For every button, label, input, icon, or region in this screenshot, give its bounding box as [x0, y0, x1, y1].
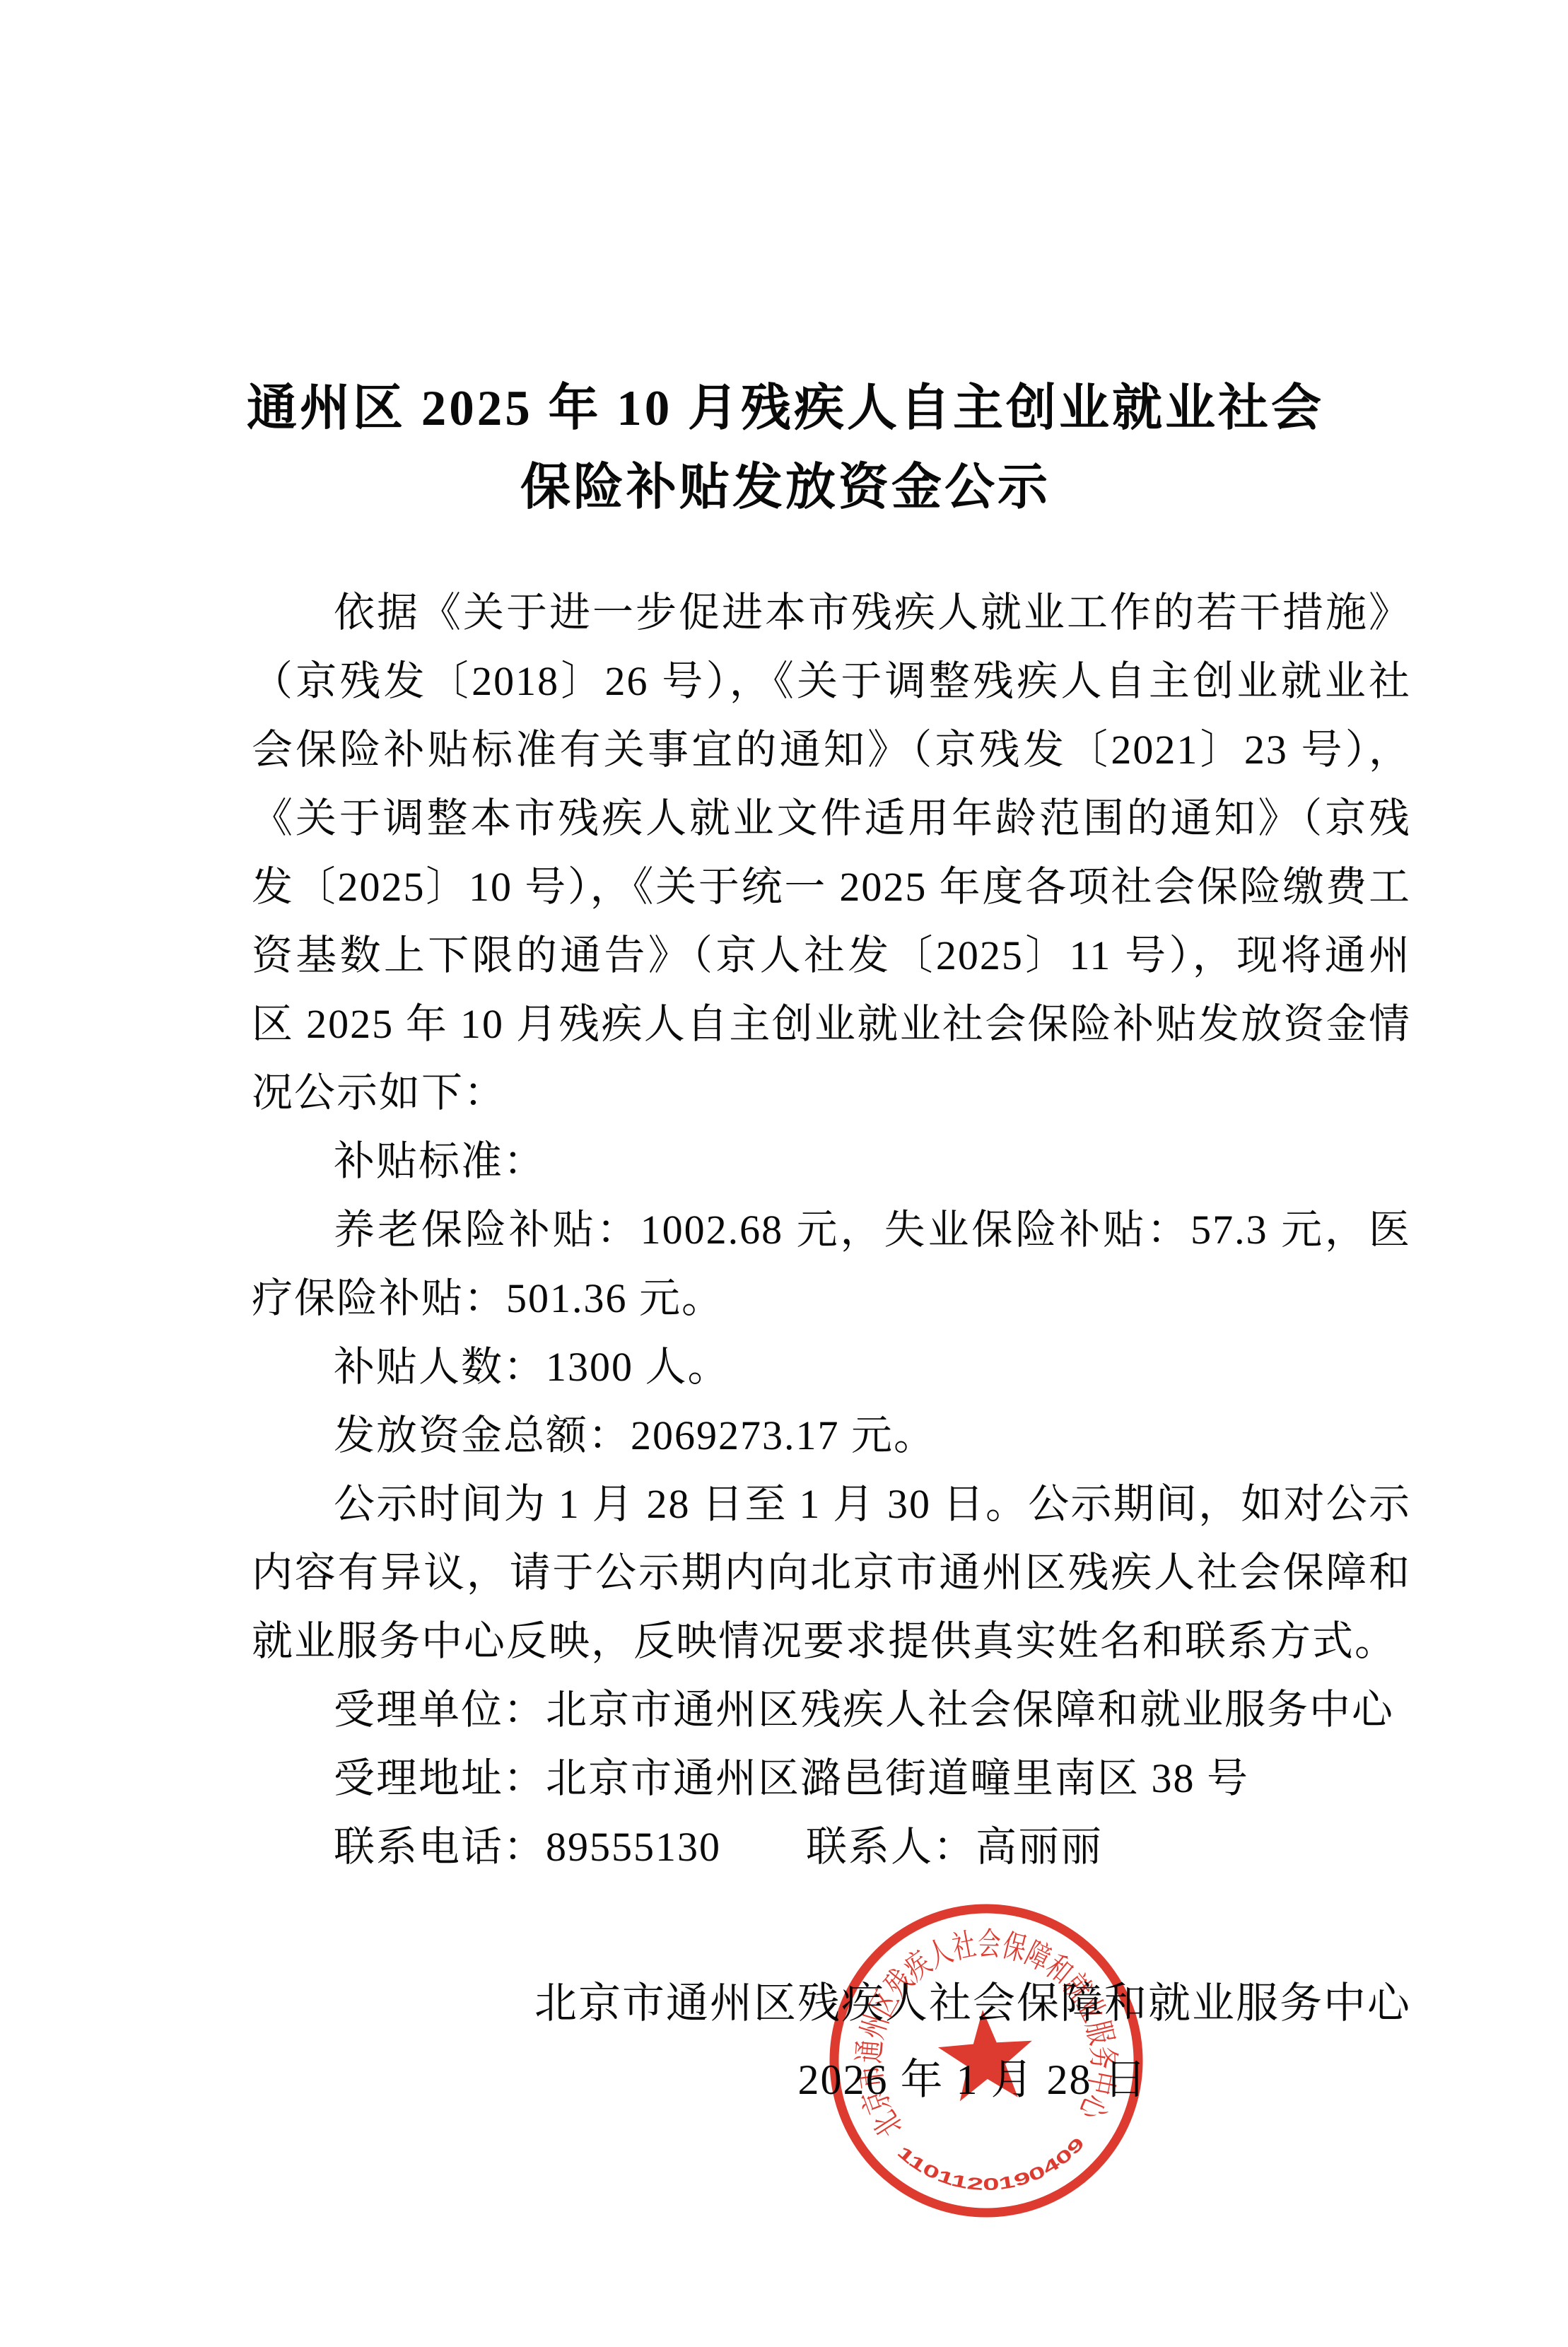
- paragraph-basis: 依据《关于进一步促进本市残疾人就业工作的若干措施》（京残发〔2018〕26 号）…: [252, 578, 1411, 1127]
- paragraph-publicity-period: 公示时间为 1 月 28 日至 1 月 30 日。公示期间，如对公示内容有异议，…: [252, 1470, 1411, 1675]
- paragraph-contact: 联系电话：89555130 联系人：高丽丽: [252, 1813, 1411, 1881]
- seal-star-icon: [936, 2007, 1036, 2103]
- paragraph-accepting-address: 受理地址：北京市通州区潞邑街道疃里南区 38 号: [252, 1744, 1411, 1813]
- notice-page: 通州区 2025 年 10 月残疾人自主创业就业社会 保险补贴发放资金公示 依据…: [0, 0, 1568, 2347]
- notice-body: 依据《关于进一步促进本市残疾人就业工作的若干措施》（京残发〔2018〕26 号）…: [252, 578, 1411, 1881]
- title-line-1: 通州区 2025 年 10 月残疾人自主创业就业社会: [68, 369, 1503, 448]
- page-title: 通州区 2025 年 10 月残疾人自主创业就业社会 保险补贴发放资金公示: [68, 369, 1503, 527]
- title-line-2: 保险补贴发放资金公示: [68, 448, 1503, 527]
- official-seal: 北京市通州区残疾人社会保障和就业服务中心 1101120190409: [809, 1883, 1164, 2238]
- paragraph-accepting-unit: 受理单位：北京市通州区残疾人社会保障和就业服务中心: [252, 1675, 1411, 1744]
- paragraph-total-funds: 发放资金总额：2069273.17 元。: [252, 1401, 1411, 1470]
- paragraph-subsidy-standard-heading: 补贴标准：: [252, 1127, 1411, 1195]
- paragraph-subsidy-amounts: 养老保险补贴：1002.68 元，失业保险补贴：57.3 元，医疗保险补贴：50…: [252, 1195, 1411, 1333]
- paragraph-subsidy-headcount: 补贴人数：1300 人。: [252, 1333, 1411, 1401]
